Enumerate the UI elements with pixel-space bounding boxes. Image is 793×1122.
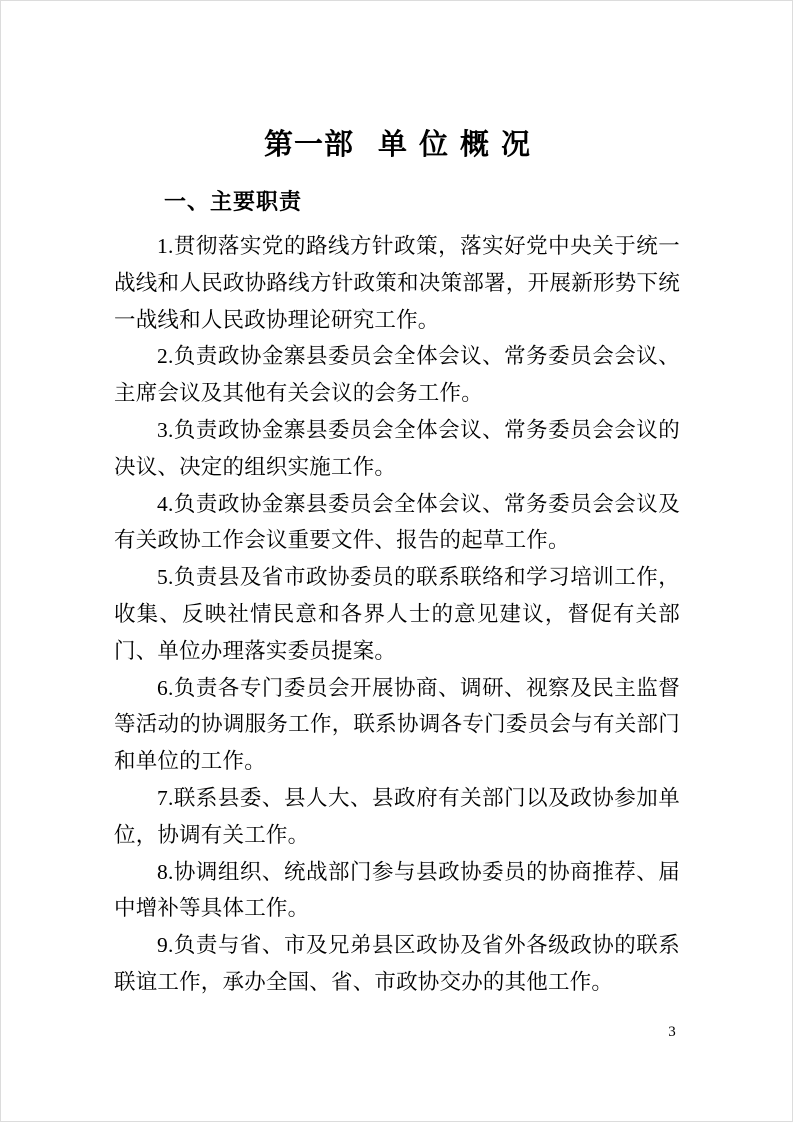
paragraph: 4.负责政协金寨县委员会全体会议、常务委员会会议及有关政协工作会议重要文件、报告… (114, 486, 680, 560)
paragraph: 9.负责与省、市及兄弟县区政协及省外各级政协的联系联谊工作，承办全国、省、市政协… (114, 927, 680, 1001)
paragraph: 8.协调组织、统战部门参与县政协委员的协商推荐、届中增补等具体工作。 (114, 854, 680, 928)
doc-title: 第一部单位概况 (114, 128, 680, 163)
document-page: 第一部单位概况 一、主要职责 1.贯彻落实党的路线方针政策，落实好党中央关于统一… (0, 0, 793, 1122)
paragraph: 3.负责政协金寨县委员会全体会议、常务委员会会议的决议、决定的组织实施工作。 (114, 412, 680, 486)
paragraph: 7.联系县委、县人大、县政府有关部门以及政协参加单位，协调有关工作。 (114, 780, 680, 854)
body-text: 1.贯彻落实党的路线方针政策，落实好党中央关于统一战线和人民政协路线方针政策和决… (114, 228, 680, 1001)
paragraph: 5.负责县及省市政协委员的联系联络和学习培训工作，收集、反映社情民意和各界人士的… (114, 559, 680, 669)
section-heading: 一、主要职责 (164, 190, 680, 214)
doc-title-part1: 第一部 (264, 129, 354, 161)
doc-title-part2: 单位概况 (378, 129, 542, 161)
page-number: 3 (661, 1023, 683, 1041)
page-content: 第一部单位概况 一、主要职责 1.贯彻落实党的路线方针政策，落实好党中央关于统一… (114, 1, 680, 1001)
paragraph: 1.贯彻落实党的路线方针政策，落实好党中央关于统一战线和人民政协路线方针政策和决… (114, 228, 680, 338)
paragraph: 2.负责政协金寨县委员会全体会议、常务委员会会议、主席会议及其他有关会议的会务工… (114, 338, 680, 412)
paragraph: 6.负责各专门委员会开展协商、调研、视察及民主监督等活动的协调服务工作，联系协调… (114, 670, 680, 780)
